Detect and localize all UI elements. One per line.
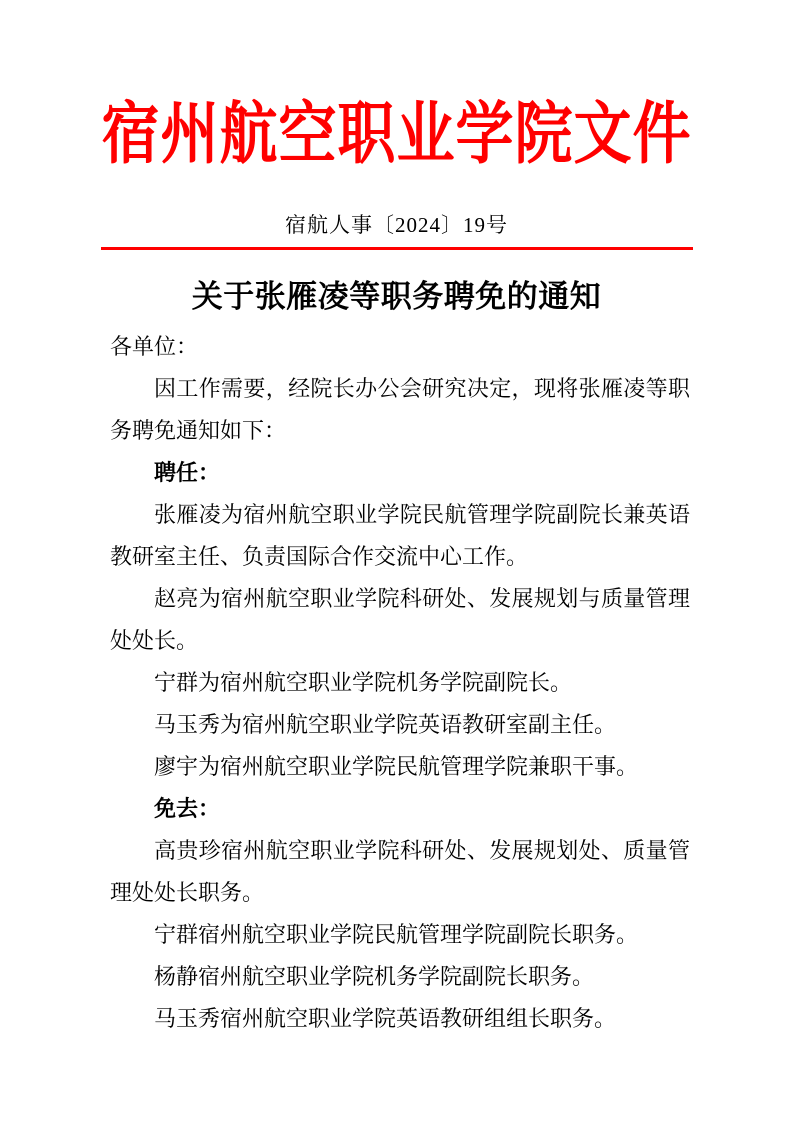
body-paragraph-removal-1: 高贵珍宿州航空职业学院科研处、发展规划处、质量管理处处长职务。 (110, 830, 690, 914)
body-paragraph-appointment-2: 赵亮为宿州航空职业学院科研处、发展规划与质量管理处处长。 (110, 578, 690, 662)
document-body: 各单位： 因工作需要，经院长办公会研究决定，现将张雁凌等职务聘免通知如下： 聘任… (110, 326, 690, 1040)
body-paragraph-appointment-3: 宁群为宿州航空职业学院机务学院副院长。 (110, 662, 690, 704)
body-paragraph-salutation: 各单位： (110, 326, 690, 368)
body-paragraph-appointment-5: 廖宇为宿州航空职业学院民航管理学院兼职干事。 (110, 746, 690, 788)
body-paragraph-appointment-1: 张雁凌为宿州航空职业学院民航管理学院副院长兼英语教研室主任、负责国际合作交流中心… (110, 494, 690, 578)
document-page: 宿州航空职业学院文件 宿航人事〔2024〕19号 关于张雁凌等职务聘免的通知 各… (0, 0, 793, 1122)
body-heading-appointments: 聘任： (110, 452, 690, 494)
body-paragraph-appointment-4: 马玉秀为宿州航空职业学院英语教研室副主任。 (110, 704, 690, 746)
document-title: 关于张雁凌等职务聘免的通知 (0, 276, 793, 318)
document-header-title: 宿州航空职业学院文件 (0, 94, 793, 176)
red-divider-line (101, 247, 693, 250)
body-heading-removals: 免去： (110, 788, 690, 830)
body-paragraph-removal-3: 杨静宿州航空职业学院机务学院副院长职务。 (110, 956, 690, 998)
body-paragraph-removal-2: 宁群宿州航空职业学院民航管理学院副院长职务。 (110, 914, 690, 956)
body-paragraph-intro: 因工作需要，经院长办公会研究决定，现将张雁凌等职务聘免通知如下： (110, 368, 690, 452)
body-paragraph-removal-4: 马玉秀宿州航空职业学院英语教研组组长职务。 (110, 998, 690, 1040)
document-number: 宿航人事〔2024〕19号 (0, 212, 793, 238)
